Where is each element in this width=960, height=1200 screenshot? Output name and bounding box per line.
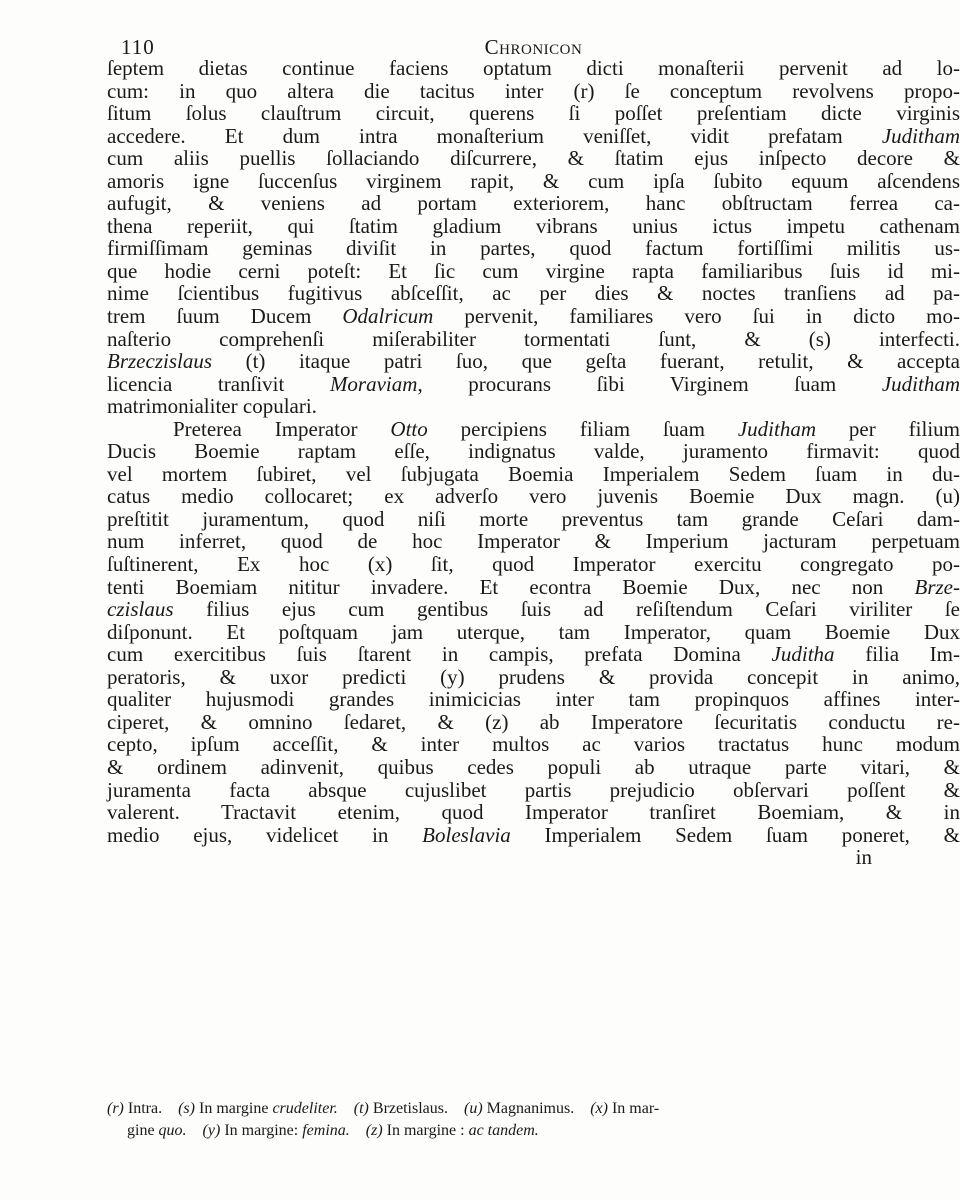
footnote: gine quo. xyxy=(127,1122,187,1139)
body-text: ſeptem dietas continue faciens optatum d… xyxy=(107,57,960,869)
footnote-mark: (x) xyxy=(590,1100,612,1117)
book-page: 110 Chronicon ſeptem dietas continue fac… xyxy=(0,0,960,1200)
footnote-mark: (y) xyxy=(203,1122,225,1139)
italic-name: Brze- xyxy=(915,575,960,599)
italic-name: Juditham xyxy=(882,372,960,396)
footnote-italic: crudeliter. xyxy=(268,1100,337,1117)
footnote: (u) Magnanimus. xyxy=(464,1100,574,1117)
text-line: vel mortem ſubiret, vel ſubjugata Boemia… xyxy=(107,463,960,486)
text-line: Brzeczislaus (t) itaque patri ſuo, que g… xyxy=(107,350,960,373)
italic-name: Odalricum xyxy=(342,304,433,328)
text-line: qualiter hujusmodi grandes inimicicias i… xyxy=(107,688,960,711)
text-line: ciperet, & omnino ſedaret, & (z) ab Impe… xyxy=(107,711,960,734)
catchword: in xyxy=(107,846,960,869)
text-line: num inferret, quod de hoc Imperator & Im… xyxy=(107,530,960,553)
italic-name: Brzeczislaus xyxy=(107,349,212,373)
text-line: licencia tranſivit Moraviam, procurans ſ… xyxy=(107,373,960,396)
text-line: diſponunt. Et poſtquam jam uterque, tam … xyxy=(107,621,960,644)
footnote-line: gine quo.(y) In margine: femina.(z) In m… xyxy=(107,1120,960,1142)
italic-name: czislaus xyxy=(107,597,174,621)
text-line: trem ſuum Ducem Odalricum pervenit, fami… xyxy=(107,305,960,328)
text-line: thena reperiit, qui ſtatim gladium vibra… xyxy=(107,215,960,238)
text-line: aufugit, & veniens ad portam exteriorem,… xyxy=(107,192,960,215)
italic-name: Moraviam xyxy=(330,372,418,396)
footnote-italic: ac tandem. xyxy=(465,1122,539,1139)
text-line: cum aliis puellis ſollaciando diſcurrere… xyxy=(107,147,960,170)
text-line: tenti Boemiam nititur invadere. Et econt… xyxy=(107,576,960,599)
italic-name: Juditha xyxy=(772,642,835,666)
footnote-mark: (r) xyxy=(107,1100,128,1117)
text-line: valerent. Tractavit etenim, quod Imperat… xyxy=(107,801,960,824)
text-line: cepto, ipſum acceſſit, & inter multos ac… xyxy=(107,733,960,756)
text-line: preſtitit juramentum, quod niſi morte pr… xyxy=(107,508,960,531)
italic-name: Boleslavia xyxy=(422,823,511,847)
footnote: (x) In mar- xyxy=(590,1100,659,1117)
text-line: ſuſtinerent, Ex hoc (x) ſit, quod Impera… xyxy=(107,553,960,576)
text-line: matrimonialiter copulari. xyxy=(107,395,960,418)
italic-name: Otto xyxy=(390,417,427,441)
italic-name: Juditham xyxy=(738,417,816,441)
text-line: catus medio collocaret; ex adverſo vero … xyxy=(107,485,960,508)
footnote: (y) In margine: femina. xyxy=(203,1122,350,1139)
text-line: amoris igne ſuccenſus virginem rapit, & … xyxy=(107,170,960,193)
text-line: peratoris, & uxor predicti (y) prudens &… xyxy=(107,666,960,689)
footnote-italic: femina. xyxy=(298,1122,350,1139)
text-line: accedere. Et dum intra monaſterium veniſ… xyxy=(107,125,960,148)
footnote-mark: (z) xyxy=(366,1122,387,1139)
text-line: juramenta facta absque cujuslibet partis… xyxy=(107,779,960,802)
text-line: firmiſſimam geminas diviſit in partes, q… xyxy=(107,237,960,260)
footnote: (z) In margine : ac tandem. xyxy=(366,1122,539,1139)
text-line: nime ſcientibus fugitivus abſceſſit, ac … xyxy=(107,282,960,305)
footnote: (t) Brzetislaus. xyxy=(354,1100,448,1117)
text-line: & ordinem adinvenit, quibus cedes populi… xyxy=(107,756,960,779)
footnote: (r) Intra. xyxy=(107,1100,162,1117)
footnotes: (r) Intra.(s) In margine crudeliter.(t) … xyxy=(107,1098,960,1142)
footnote-mark: (s) xyxy=(178,1100,199,1117)
footnote-line: (r) Intra.(s) In margine crudeliter.(t) … xyxy=(107,1098,960,1120)
footnote: (s) In margine crudeliter. xyxy=(178,1100,338,1117)
footnote-italic: quo. xyxy=(155,1122,187,1139)
text-line: que hodie cerni poteſt: Et ſic cum virgi… xyxy=(107,260,960,283)
text-line: czislaus filius ejus cum gentibus ſuis a… xyxy=(107,598,960,621)
footnote-mark: (t) xyxy=(354,1100,373,1117)
text-line: cum exercitibus ſuis ſtarent in campis, … xyxy=(107,643,960,666)
text-line: medio ejus, videlicet in Boleslavia Impe… xyxy=(107,824,960,847)
text-line: ſeptem dietas continue faciens optatum d… xyxy=(107,57,960,80)
text-line: naſterio comprehenſi miſerabiliter torme… xyxy=(107,328,960,351)
italic-name: Juditham xyxy=(882,124,960,148)
footnote-mark: (u) xyxy=(464,1100,487,1117)
text-line: cum: in quo altera die tacitus inter (r)… xyxy=(107,80,960,103)
text-line: ſitum ſolus clauſtrum circuit, querens ſ… xyxy=(107,102,960,125)
text-line: Ducis Boemie raptam eſſe, indignatus val… xyxy=(107,440,960,463)
text-line: Preterea Imperator Otto percipiens filia… xyxy=(107,418,960,441)
